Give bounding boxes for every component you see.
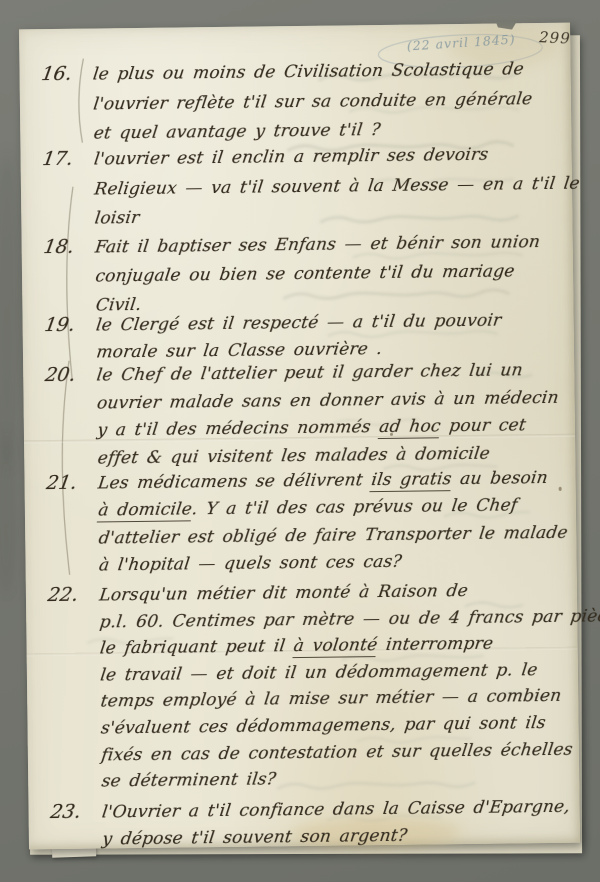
- manuscript-item-23: 23.l'Ouvrier a t'il confiance dans la Ca…: [28, 797, 579, 804]
- item-number: 18.: [42, 236, 76, 258]
- manuscript-line: le plus ou moins de Civilisation Scolast…: [92, 59, 525, 84]
- manuscript-item-17: 17.l'ouvrier est il enclin a remplir ses…: [20, 144, 571, 151]
- handwritten-text: l'ouvrier est il enclin a remplir ses de…: [93, 145, 490, 170]
- manuscript-line: Religieux — va t'il souvent à la Messe —…: [93, 173, 581, 199]
- manuscript-line: l'Ouvrier a t'il confiance dans la Caiss…: [101, 797, 571, 823]
- handwritten-text: et quel avantage y trouve t'il ?: [92, 120, 381, 144]
- manuscript-line: Civil.: [95, 295, 143, 316]
- handwritten-text: l'ouvrier reflète t'il sur sa conduite e…: [92, 89, 534, 114]
- manuscript-line: y a t'il des médecins nommés ad hoc pour…: [96, 415, 527, 440]
- handwritten-text: le Clergé est il respecté — a t'il du po…: [95, 311, 503, 336]
- manuscript-line: le travail — et doit il un dédommagement…: [99, 660, 539, 685]
- manuscript-line: le fabriquant peut il à volonté interrom…: [99, 634, 495, 659]
- manuscript-item-16: 16.le plus ou moins de Civilisation Scol…: [19, 59, 570, 66]
- manuscript-item-18: 18.Fait il baptiser ses Enfans — et béni…: [22, 232, 573, 239]
- handwritten-text: loisir: [93, 208, 140, 229]
- manuscript-line: ouvrier malade sans en donner avis à un …: [96, 387, 560, 413]
- handwritten-text: le fabriquant peut il: [99, 636, 295, 658]
- handwritten-text: le Chef de l'attelier peut il garder che…: [95, 360, 524, 385]
- item-number: 17.: [41, 148, 75, 170]
- manuscript-line: Lorsqu'un métier dit monté à Raison de: [98, 581, 469, 606]
- manuscript-item-22: 22.Lorsqu'un métier dit monté à Raison d…: [26, 580, 577, 587]
- handwritten-text: au besoin: [450, 468, 549, 489]
- item-number: 21.: [45, 472, 79, 494]
- background-shadow-smudge: [0, 430, 16, 600]
- manuscript-items: 16.le plus ou moins de Civilisation Scol…: [19, 23, 580, 850]
- handwritten-text: Civil.: [95, 295, 143, 316]
- manuscript-line: y dépose t'il souvent son argent?: [101, 826, 408, 850]
- manuscript-line: le Chef de l'attelier peut il garder che…: [95, 360, 524, 385]
- handwritten-text: Les médicamens se délivrent: [97, 470, 373, 493]
- handwritten-text: Religieux — va t'il souvent à la Messe —…: [93, 173, 581, 199]
- handwritten-text: pour cet: [439, 415, 527, 436]
- manuscript-line: Les médicamens se délivrent ils gratis a…: [97, 468, 549, 494]
- item-number: 22.: [46, 584, 80, 606]
- handwritten-text: se déterminent ils?: [100, 769, 277, 791]
- manuscript-line: se déterminent ils?: [100, 769, 277, 791]
- handwritten-text: morale sur la Classe ouvrière .: [95, 339, 383, 363]
- handwritten-text: s'évaluent ces dédommagemens, par qui so…: [100, 713, 547, 738]
- handwritten-text: temps employé à la mise sur métier — a c…: [99, 686, 562, 712]
- item-number: 20.: [43, 364, 77, 386]
- handwritten-text: à l'hopital — quels sont ces cas?: [98, 552, 403, 576]
- handwritten-text: le plus ou moins de Civilisation Scolast…: [92, 59, 525, 84]
- manuscript-line: et quel avantage y trouve t'il ?: [92, 120, 381, 144]
- manuscript-line: loisir: [93, 208, 140, 229]
- item-number: 23.: [49, 801, 83, 823]
- underlined-text: ad hoc: [378, 416, 442, 439]
- background-shadow-smudge: [0, 150, 20, 470]
- scan-background: { "document": { "type": "handwritten-man…: [0, 0, 600, 882]
- manuscript-line: l'ouvrier reflète t'il sur sa conduite e…: [92, 89, 534, 114]
- handwritten-text: y dépose t'il souvent son argent?: [101, 826, 408, 850]
- manuscript-page: (22 avril 1845) 299 16.le plus ou moins …: [19, 23, 580, 850]
- item-number: 19.: [43, 314, 77, 336]
- handwritten-text: fixés en cas de contestation et sur quel…: [100, 739, 574, 765]
- manuscript-line: l'ouvrier est il enclin a remplir ses de…: [93, 145, 490, 170]
- handwritten-text: . Y a t'il des cas prévus ou le Chef: [191, 496, 519, 520]
- manuscript-line: à l'hopital — quels sont ces cas?: [98, 552, 403, 576]
- manuscript-line: fixés en cas de contestation et sur quel…: [100, 739, 574, 765]
- manuscript-line: le Clergé est il respecté — a t'il du po…: [95, 311, 503, 336]
- manuscript-line: Fait il baptiser ses Enfans — et bénir s…: [94, 232, 542, 257]
- underlined-text: à domicile: [97, 500, 193, 523]
- handwritten-text: le travail — et doit il un dédommagement…: [99, 660, 539, 685]
- manuscript-line: conjugale ou bien se contente t'il du ma…: [94, 261, 516, 286]
- manuscript-line: à domicile. Y a t'il des cas prévus ou l…: [97, 496, 519, 521]
- handwritten-text: p.l. 60. Centimes par mètre — ou de 4 fr…: [98, 606, 600, 632]
- handwritten-text: y a t'il des médecins nommés: [96, 417, 381, 440]
- manuscript-line: p.l. 60. Centimes par mètre — ou de 4 fr…: [98, 606, 600, 632]
- manuscript-line: s'évaluent ces dédommagemens, par qui so…: [100, 713, 547, 738]
- underlined-text: ils gratis: [370, 469, 453, 492]
- item-number: 16.: [40, 63, 74, 85]
- manuscript-line: morale sur la Classe ouvrière .: [95, 339, 383, 363]
- underlined-text: à volonté: [292, 635, 379, 658]
- handwritten-text: ouvrier malade sans en donner avis à un …: [96, 387, 560, 413]
- handwritten-text: l'Ouvrier a t'il confiance dans la Caiss…: [101, 797, 571, 823]
- handwritten-text: Lorsqu'un métier dit monté à Raison de: [98, 581, 469, 606]
- manuscript-item-21: 21.Les médicamens se délivrent ils grati…: [24, 468, 575, 475]
- manuscript-line: temps employé à la mise sur métier — a c…: [99, 686, 562, 712]
- handwritten-text: d'attelier est obligé de faire Transport…: [97, 522, 569, 548]
- handwritten-text: conjugale ou bien se contente t'il du ma…: [94, 261, 516, 286]
- handwritten-text: interrompre: [376, 634, 494, 655]
- handwritten-text: effet & qui visitent les malades à domic…: [96, 443, 491, 468]
- handwritten-text: Fait il baptiser ses Enfans — et bénir s…: [94, 232, 542, 257]
- manuscript-line: effet & qui visitent les malades à domic…: [96, 443, 491, 468]
- manuscript-line: d'attelier est obligé de faire Transport…: [97, 522, 569, 548]
